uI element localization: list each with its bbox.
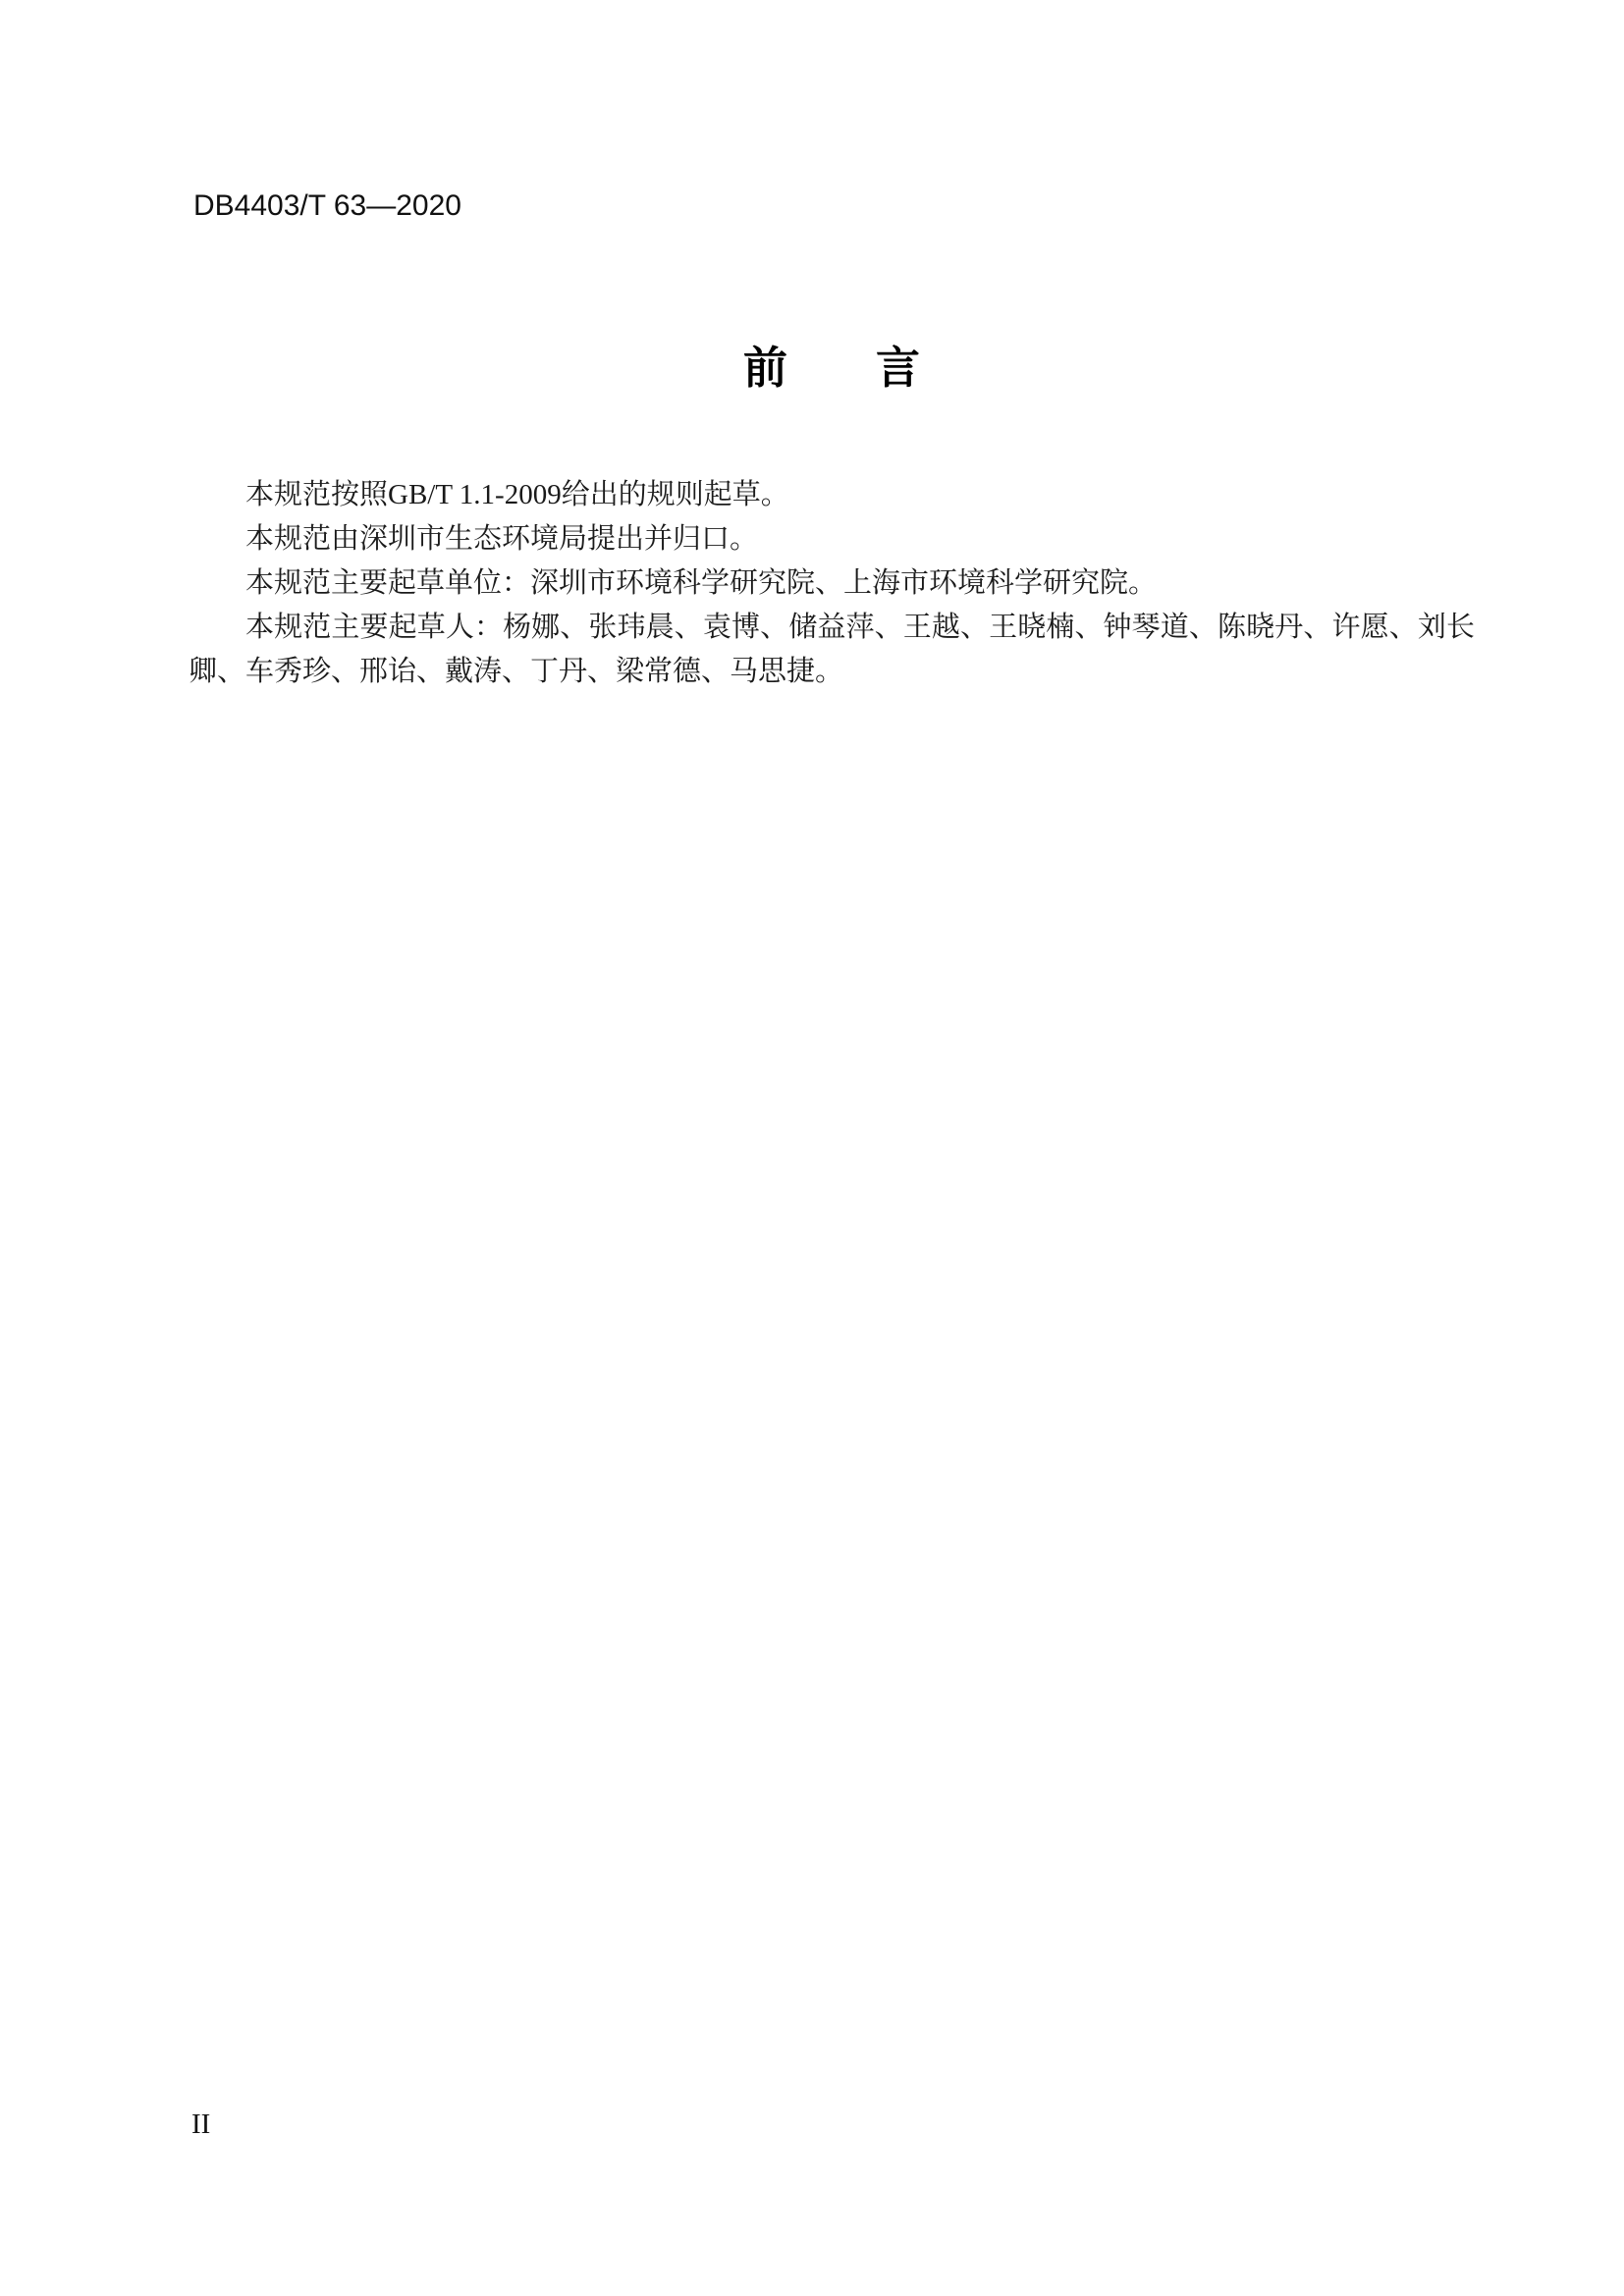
paragraph-drafting-organizations: 本规范主要起草单位：深圳市环境科学研究院、上海市环境科学研究院。 — [189, 561, 1475, 606]
paragraph-proposing-authority: 本规范由深圳市生态环境局提出并归口。 — [189, 517, 1475, 561]
foreword-title: 前 言 — [189, 332, 1475, 396]
paragraph-drafters: 本规范主要起草人：杨娜、张玮晨、袁博、储益萍、王越、王晓楠、钟琴道、陈晓丹、许愿… — [189, 606, 1475, 694]
page-number: II — [191, 2109, 210, 2141]
paragraph-drafting-rules: 本规范按照GB/T 1.1-2009给出的规则起草。 — [189, 473, 1475, 517]
document-page: DB4403/T 63—2020 前 言 本规范按照GB/T 1.1-2009给… — [0, 0, 1624, 2296]
foreword-body: 本规范按照GB/T 1.1-2009给出的规则起草。 本规范由深圳市生态环境局提… — [189, 473, 1475, 694]
standard-number-header: DB4403/T 63—2020 — [193, 189, 461, 223]
